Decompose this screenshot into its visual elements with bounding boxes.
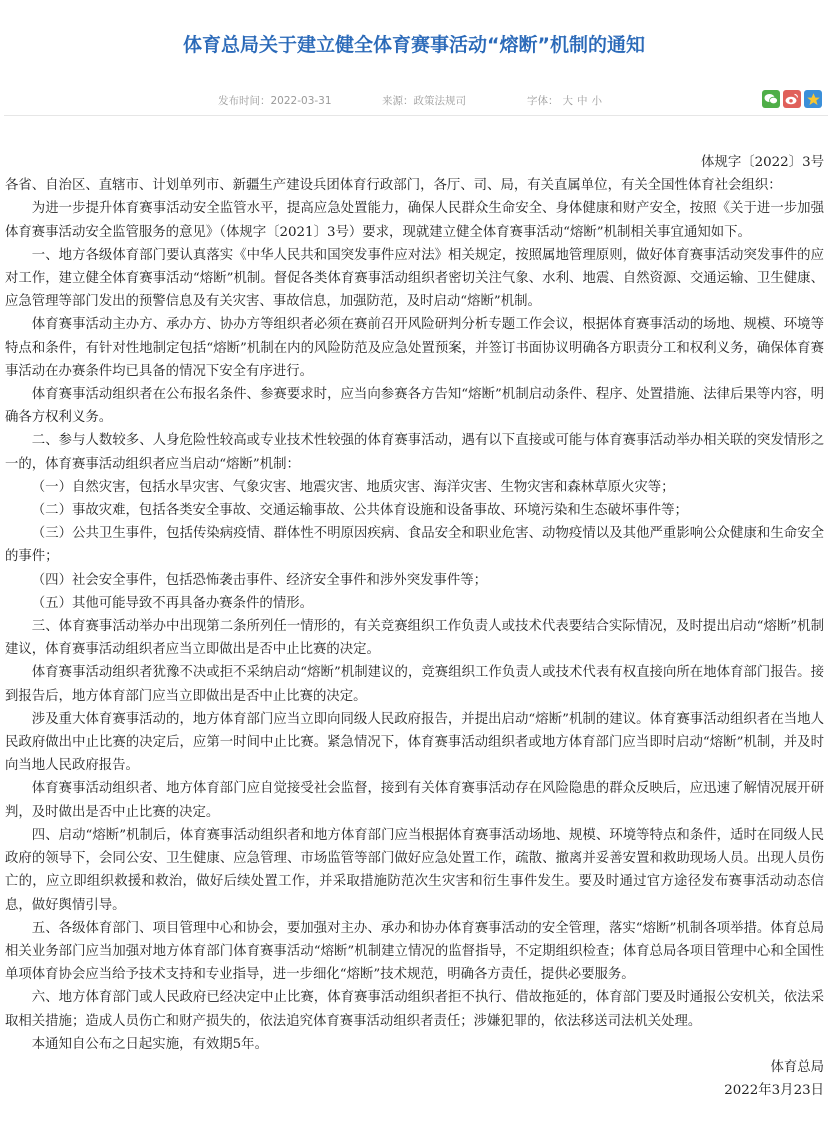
source-label: 来源：: [382, 95, 414, 107]
font-medium-button[interactable]: 中: [577, 95, 588, 107]
publish-info: 发布时间：2022-03-31: [218, 93, 332, 108]
share-qzone-button[interactable]: [804, 90, 822, 108]
paragraph: 一、地方各级体育部门要认真落实《中华人民共和国突发事件应对法》相关规定，按照属地…: [5, 244, 824, 314]
document-number: 体规字〔2022〕3号: [5, 151, 824, 174]
list-item: （一）自然灾害，包括水旱灾害、气象灾害、地震灾害、地质灾害、海洋灾害、生物灾害和…: [5, 476, 824, 499]
paragraph: 本通知自公布之日起实施，有效期5年。: [5, 1033, 824, 1056]
paragraph: 体育赛事活动主办方、承办方、协办方等组织者必须在赛前召开风险研判分析专题工作会议…: [5, 313, 824, 383]
paragraph: 三、体育赛事活动举办中出现第二条所列任一情形的，有关竞赛组织工作负责人或技术代表…: [5, 615, 824, 661]
source-info: 来源：政策法规司: [382, 93, 466, 108]
list-item: （五）其他可能导致不再具备办赛条件的情形。: [5, 592, 824, 615]
article-title: 体育总局关于建立健全体育赛事活动“熔断”机制的通知: [0, 30, 828, 60]
publish-label: 发布时间：: [218, 95, 271, 107]
list-item: （二）事故灾难，包括各类安全事故、交通运输事故、公共体育设施和设备事故、环境污染…: [5, 499, 824, 522]
paragraph: 五、各级体育部门、项目管理中心和协会，要加强对主办、承办和协办体育赛事活动的安全…: [5, 917, 824, 987]
qzone-star-icon: [806, 92, 821, 107]
addressees: 各省、自治区、直辖市、计划单列市、新疆生产建设兵团体育行政部门，各厅、司、局，有…: [5, 174, 824, 197]
paragraph: 体育赛事活动组织者犹豫不决或拒不采纳启动“熔断”机制建议的，竞赛组织工作负责人或…: [5, 661, 824, 707]
share-buttons: [762, 90, 822, 108]
font-small-button[interactable]: 小: [592, 95, 603, 107]
font-large-button[interactable]: 大: [563, 95, 574, 107]
list-item: （三）公共卫生事件，包括传染病疫情、群体性不明原因疾病、食品安全和职业危害、动物…: [5, 522, 824, 568]
weibo-icon: [785, 93, 799, 105]
paragraph: 为进一步提升体育赛事活动安全监管水平，提高应急处置能力，确保人民群众生命安全、身…: [5, 197, 824, 243]
source-value: 政策法规司: [414, 95, 467, 107]
publish-date: 2022-03-31: [271, 95, 332, 107]
paragraph: 体育赛事活动组织者在公布报名条件、参赛要求时，应当向参赛各方告知“熔断”机制启动…: [5, 383, 824, 429]
share-wechat-button[interactable]: [762, 90, 780, 108]
font-size-switcher: 字体：大中小: [527, 93, 602, 108]
paragraph: 体育赛事活动组织者、地方体育部门应自觉接受社会监督，接到有关体育赛事活动存在风险…: [5, 777, 824, 823]
sign-date: 2022年3月23日: [5, 1079, 824, 1102]
font-label: 字体：: [527, 95, 559, 107]
list-item: （四）社会安全事件，包括恐怖袭击事件、经济安全事件和涉外突发事件等；: [5, 569, 824, 592]
article-body: 体规字〔2022〕3号 各省、自治区、直辖市、计划单列市、新疆生产建设兵团体育行…: [5, 151, 824, 1102]
paragraph: 六、地方体育部门或人民政府已经决定中止比赛，体育赛事活动组织者拒不执行、借故拖延…: [5, 986, 824, 1032]
paragraph: 二、参与人数较多、人身危险性较高或专业技术性较强的体育赛事活动，遇有以下直接或可…: [5, 429, 824, 475]
article-meta: 发布时间：2022-03-31 来源：政策法规司 字体：大中小: [0, 90, 828, 110]
paragraph: 涉及重大体育赛事活动的，地方体育部门应当立即向同级人民政府报告，并提出启动“熔断…: [5, 708, 824, 778]
wechat-icon: [764, 93, 778, 105]
share-weibo-button[interactable]: [783, 90, 801, 108]
header-divider: [4, 115, 828, 116]
signature: 体育总局: [5, 1056, 824, 1079]
paragraph: 四、启动“熔断”机制后，体育赛事活动组织者和地方体育部门应当根据体育赛事活动场地…: [5, 824, 824, 917]
